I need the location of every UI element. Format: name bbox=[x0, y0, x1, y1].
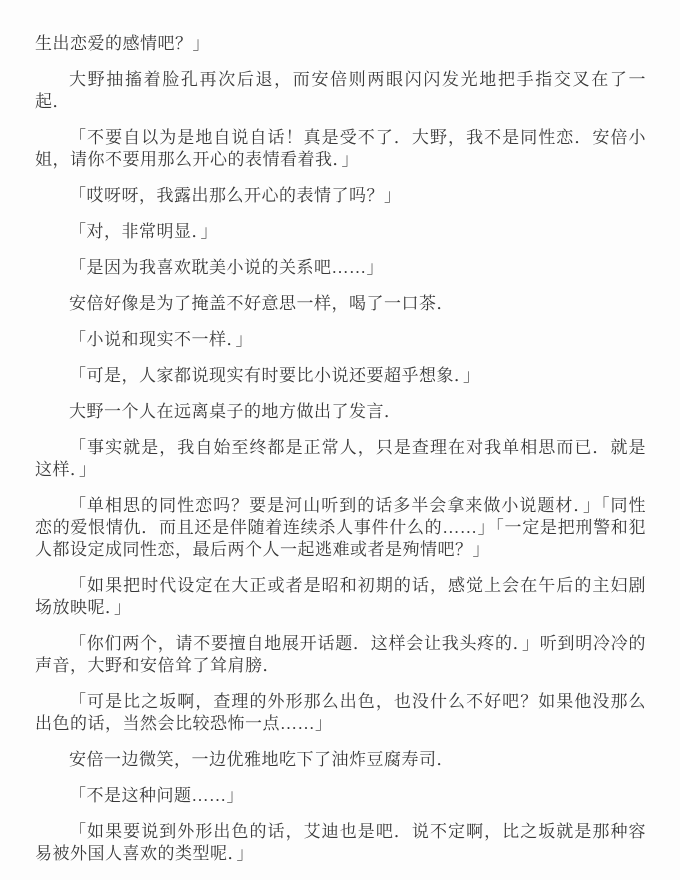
paragraph: 安倍一边微笑，一边优雅地吃下了油炸豆腐寿司． bbox=[35, 749, 646, 771]
paragraph: 「如果要说到外形出色的话，艾迪也是吧．说不定啊，比之坂就是那种容易被外国人喜欢的… bbox=[35, 821, 646, 865]
paragraph: 「不是这种问题……」 bbox=[35, 785, 646, 807]
paragraph: 安倍好像是为了掩盖不好意思一样，喝了一口茶． bbox=[35, 293, 646, 315]
paragraph: 「你们两个，请不要擅自地展开话题．这样会让我头疼的．」听到明冷冷的声音，大野和安… bbox=[35, 633, 646, 677]
paragraph-continuation: 生出恋爱的感情吧？」 bbox=[35, 33, 646, 55]
paragraph: 「单相思的同性恋吗？要是河山听到的话多半会拿来做小说题材．」「同性恋的爱恨情仇．… bbox=[35, 495, 646, 561]
paragraph: 「哎呀呀，我露出那么开心的表情了吗？」 bbox=[35, 185, 646, 207]
paragraph: 「是因为我喜欢耽美小说的关系吧……」 bbox=[35, 257, 646, 279]
paragraph: 「小说和现实不一样．」 bbox=[35, 329, 646, 351]
paragraph: 「事实就是，我自始至终都是正常人，只是查理在对我单相思而已．就是这样．」 bbox=[35, 437, 646, 481]
paragraph: 「对，非常明显．」 bbox=[35, 221, 646, 243]
scanned-page: 生出恋爱的感情吧？」 大野抽搐着脸孔再次后退，而安倍则两眼闪闪发光地把手指交叉在… bbox=[0, 0, 680, 880]
paragraph: 「可是，人家都说现实有时要比小说还要超乎想象．」 bbox=[35, 365, 646, 387]
paragraph: 「不要自以为是地自说自话！真是受不了．大野，我不是同性恋．安倍小姐，请你不要用那… bbox=[35, 127, 646, 171]
text-column: 生出恋爱的感情吧？」 大野抽搐着脸孔再次后退，而安倍则两眼闪闪发光地把手指交叉在… bbox=[35, 33, 646, 865]
paragraph: 「可是比之坂啊，查理的外形那么出色，也没什么不好吧？如果他没那么出色的话，当然会… bbox=[35, 691, 646, 735]
paragraph: 「如果把时代设定在大正或者是昭和初期的话，感觉上会在午后的主妇剧场放映呢．」 bbox=[35, 575, 646, 619]
paragraph: 大野一个人在远离桌子的地方做出了发言． bbox=[35, 401, 646, 423]
paragraph: 大野抽搐着脸孔再次后退，而安倍则两眼闪闪发光地把手指交叉在了一起． bbox=[35, 69, 646, 113]
